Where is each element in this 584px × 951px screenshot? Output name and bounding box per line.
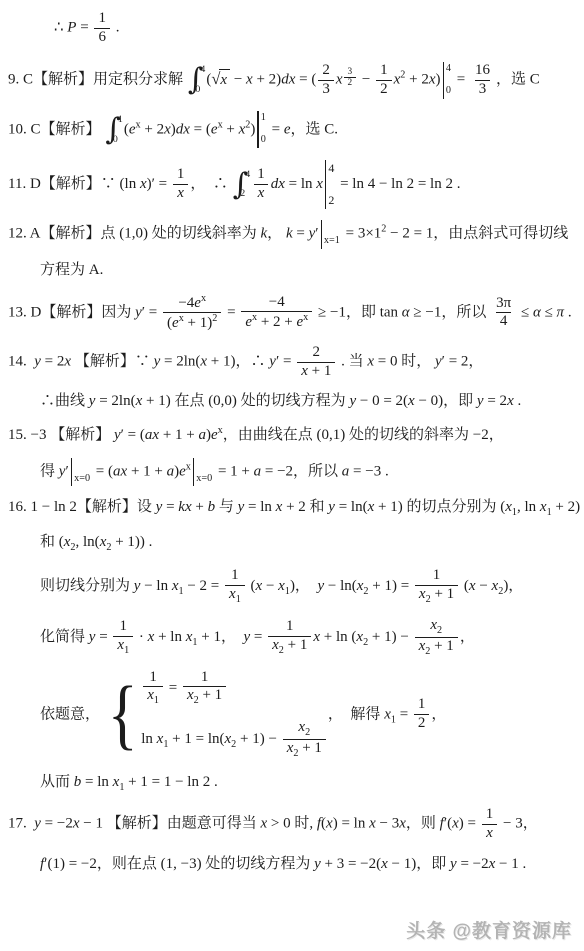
superscript-fraction: 32 [344, 67, 357, 88]
solutions-list: ∴ P = 16 .9. C【解析】用定积分求解 ∫40(√x − x + 2)… [0, 10, 584, 875]
integral-sign: ∫42 [233, 166, 251, 204]
evaluation-bar: 40 [443, 62, 451, 99]
document-page: ∴ P = 16 .9. C【解析】用定积分求解 ∫40(√x − x + 2)… [0, 0, 584, 951]
fraction: 12 [414, 696, 430, 732]
fraction: 12 [376, 62, 392, 98]
solution-line-9: 15. −3 【解析】 y′ = (ax + 1 + a)ex，由曲线在点 (0… [0, 424, 584, 447]
solution-line-12: 和 (x2, ln(x2 + 1)) . [0, 532, 584, 556]
evaluation-bar: 42 [325, 160, 334, 210]
solution-line-6: 13. D【解析】因为 y′ = −4ex(ex + 1)2 = −4ex + … [0, 293, 584, 333]
solution-line-8: ∴曲线 y = 2ln(x + 1) 在点 (0,0) 处的切线方程为 y − … [0, 391, 584, 413]
solution-line-18: f′(1) = −2，则在点 (1, −3) 处的切线方程为 y + 3 = −… [0, 854, 584, 876]
fraction: 1x1 [225, 567, 245, 606]
solution-line-15: 依题意， {1x1 = 1x2 + 1ln x1 + 1 = ln(x2 + 1… [0, 669, 584, 761]
fraction: 1x2 + 1 [268, 618, 311, 657]
fraction: −4ex + 2 + ex [241, 294, 312, 332]
solution-line-3: 11. D【解析】∵ (ln x)′ = 1x， ∴ ∫421xdx = ln … [0, 160, 584, 210]
evaluation-bar: x=0 [71, 458, 90, 487]
integral-sign: ∫40 [188, 61, 206, 99]
evaluation-bar: x=0 [193, 458, 212, 487]
fraction: 1x1 [113, 618, 133, 657]
solution-line-0: ∴ P = 16 . [0, 10, 584, 46]
solution-line-1: 9. C【解析】用定积分求解 ∫40(√x − x + 2)dx = (23x3… [0, 61, 584, 99]
fraction: 16 [94, 10, 110, 46]
fraction: x2x2 + 1 [283, 719, 326, 760]
integral-sign: ∫10 [105, 111, 123, 149]
solution-line-13: 则切线分别为 y − ln x1 − 2 = 1x1 (x − x1)， y −… [0, 567, 584, 606]
fraction: 1x2 + 1 [183, 669, 226, 708]
fraction: 3π4 [492, 295, 515, 331]
fraction: −4ex(ex + 1)2 [163, 293, 221, 333]
sqrt-radical: √x [211, 67, 230, 92]
fraction: 163 [471, 62, 494, 98]
fraction: 1x1 [143, 669, 163, 708]
solution-line-11: 16. 1 − ln 2【解析】设 y = kx + b 与 y = ln x … [0, 497, 584, 521]
fraction: 1x [253, 166, 269, 202]
fraction: 1x [482, 806, 498, 842]
fraction: x2x2 + 1 [415, 617, 458, 658]
solution-line-5: 方程为 A. [0, 260, 584, 282]
evaluation-bar: x=1 [321, 220, 340, 249]
solution-line-4: 12. A【解析】点 (1,0) 处的切线斜率为 k， k = y′x=1 = … [0, 220, 584, 249]
cases-brace-system: {1x1 = 1x2 + 1ln x1 + 1 = ln(x2 + 1) − x… [104, 669, 328, 761]
solution-line-16: 从而 b = ln x1 + 1 = 1 − ln 2 . [0, 772, 584, 796]
evaluation-bar: 10 [257, 111, 265, 148]
solution-line-2: 10. C【解析】 ∫10(ex + 2x)dx = (ex + x2)10 =… [0, 111, 584, 149]
fraction: 2x + 1 [297, 344, 335, 380]
fraction: 1x2 + 1 [415, 567, 458, 606]
solution-line-10: 得 y′x=0 = (ax + 1 + a)exx=0 = 1 + a = −2… [0, 458, 584, 487]
watermark: 头条 @教育资源库 [406, 916, 572, 943]
solution-line-7: 14. y = 2x 【解析】∵ y = 2ln(x + 1)，∴ y′ = 2… [0, 344, 584, 380]
solution-line-14: 化简得 y = 1x1 · x + ln x1 + 1， y = 1x2 + 1… [0, 617, 584, 658]
fraction: 23 [318, 62, 334, 98]
solution-line-17: 17. y = −2x − 1 【解析】由题意可得当 x > 0 时, f(x)… [0, 806, 584, 842]
fraction: 1x [173, 166, 189, 202]
